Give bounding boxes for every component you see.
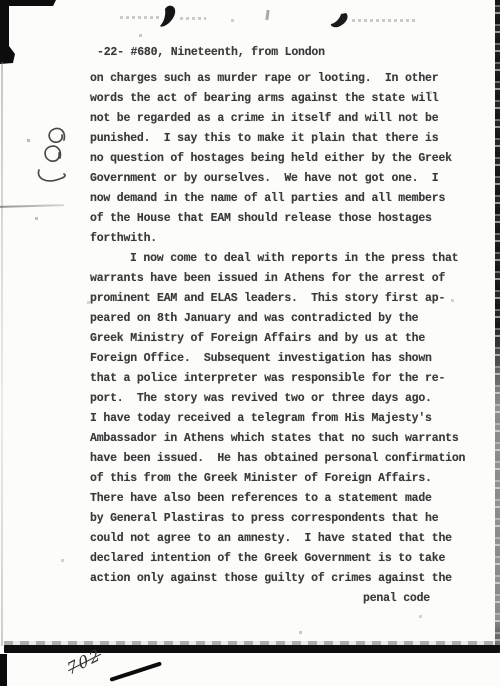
ink-blot-icon	[330, 12, 350, 29]
document-line: no question of hostages being held eithe…	[90, 149, 490, 169]
scan-left-edge-line	[1, 62, 3, 646]
document-line: I now come to deal with reports in the p…	[90, 249, 490, 269]
scan-bottom-black-band	[4, 645, 500, 653]
document-line: have been issued. He has obtained person…	[90, 449, 490, 469]
document-line: port. The story was revived two or three…	[90, 389, 490, 409]
document-line: forthwith.	[90, 229, 490, 249]
handwritten-stroke	[109, 661, 162, 681]
scan-right-edge-strip	[495, 0, 500, 650]
document-line: penal code	[90, 589, 490, 609]
pencil-margin-line	[0, 204, 64, 208]
scan-smudge	[352, 19, 418, 22]
scanned-document-page: -22- #680, Nineteenth, from London on ch…	[0, 0, 500, 686]
document-line: warrants have been issued in Athens for …	[90, 269, 490, 289]
document-line: peared on 8th January and was contradict…	[90, 309, 490, 329]
document-line: Foreign Office. Subsequent investigation…	[90, 349, 490, 369]
document-line: Government or by ourselves. We have not …	[90, 169, 490, 189]
document-line: Greek Ministry of Foreign Affairs and by…	[90, 329, 490, 349]
scan-corner-black-edge	[0, 0, 60, 66]
scan-smudge	[265, 10, 269, 20]
document-line: not be regarded as a crime in itself and…	[90, 109, 490, 129]
document-line: now demand in the name of all parties an…	[90, 189, 490, 209]
document-line: Ambassador in Athens which states that n…	[90, 429, 490, 449]
document-line: that a police interpreter was responsibl…	[90, 369, 490, 389]
document-body: on charges such as murder rape or lootin…	[90, 69, 490, 609]
document-line: words the act of bearing arms against th…	[90, 89, 490, 109]
document-line: declared intention of the Greek Governme…	[90, 549, 490, 569]
scan-smudge	[120, 16, 160, 19]
ink-blot-icon	[159, 5, 177, 29]
scan-bottom-left-bar	[0, 654, 7, 686]
document-line: punished. I say this to make it plain th…	[90, 129, 490, 149]
document-line: There have also been references to a sta…	[90, 489, 490, 509]
document-line: could not agree to an amnesty. I have st…	[90, 529, 490, 549]
document-line: of the House that EAM should release tho…	[90, 209, 490, 229]
scan-smudge	[180, 17, 206, 20]
document-line: prominent EAM and ELAS leaders. This sto…	[90, 289, 490, 309]
document-line: on charges such as murder rape or lootin…	[90, 69, 490, 89]
document-line: I have today received a telegram from Hi…	[90, 409, 490, 429]
document-line: action only against those guilty of crim…	[90, 569, 490, 589]
document-line: by General Plastiras to press correspond…	[90, 509, 490, 529]
document-line: of this from the Greek Minister of Forei…	[90, 469, 490, 489]
scan-speckles	[0, 0, 1, 1]
margin-scribble	[32, 127, 70, 197]
page-header-line: -22- #680, Nineteenth, from London	[97, 43, 325, 63]
